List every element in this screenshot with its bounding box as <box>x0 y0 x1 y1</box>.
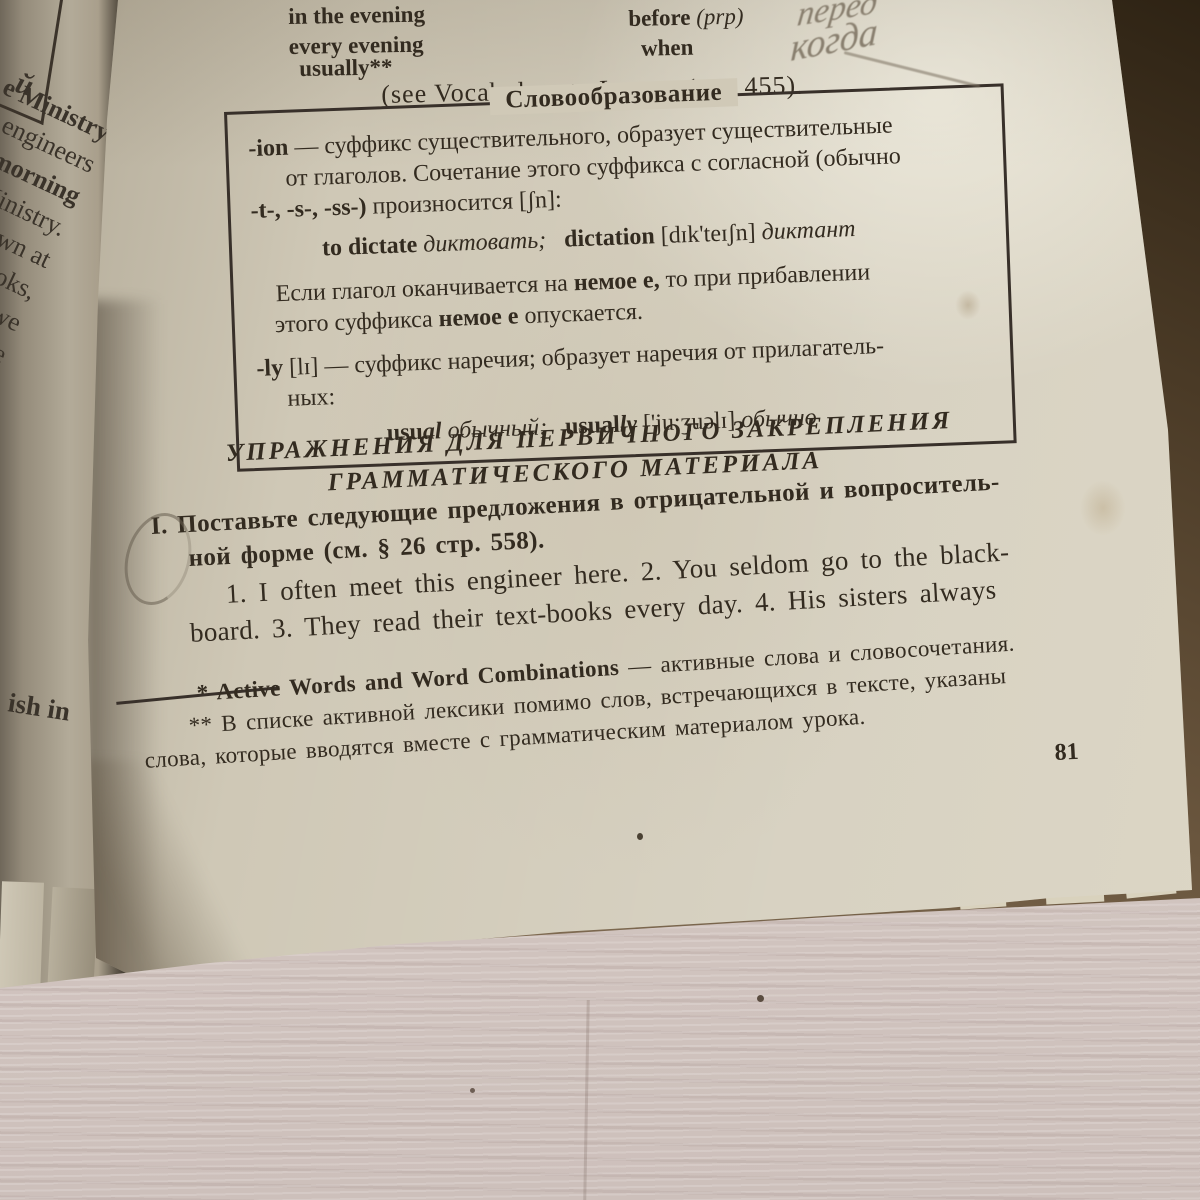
page-edge-stack <box>47 887 98 989</box>
vocab-word: before <box>628 5 691 31</box>
vocab-entry: in the evening <box>288 0 425 32</box>
page-edge-stack <box>0 881 44 998</box>
vocab-column-right: before (prp) when <box>628 2 744 64</box>
paper-stain <box>1080 480 1126 536</box>
vocab-column-left: in the evening every evening <box>288 0 426 62</box>
left-fragment-bottom: ish in <box>6 687 72 727</box>
vocab-pos-note: (prp) <box>696 4 744 30</box>
book-photo-scene: й e Ministry engineers morning Ministry.… <box>0 0 1200 1200</box>
table-speck <box>470 1088 475 1093</box>
paper-speck <box>637 833 643 840</box>
suffix-ion: -ion <box>248 135 289 162</box>
vocab-usually: usually** <box>299 54 393 82</box>
table-speck <box>757 995 764 1002</box>
vocab-entry: when <box>641 32 745 64</box>
page-number: 81 <box>1054 739 1079 767</box>
footnotes: * Active Words and Word Combinations — а… <box>140 629 1019 775</box>
vocab-entry: before (prp) <box>628 2 744 34</box>
